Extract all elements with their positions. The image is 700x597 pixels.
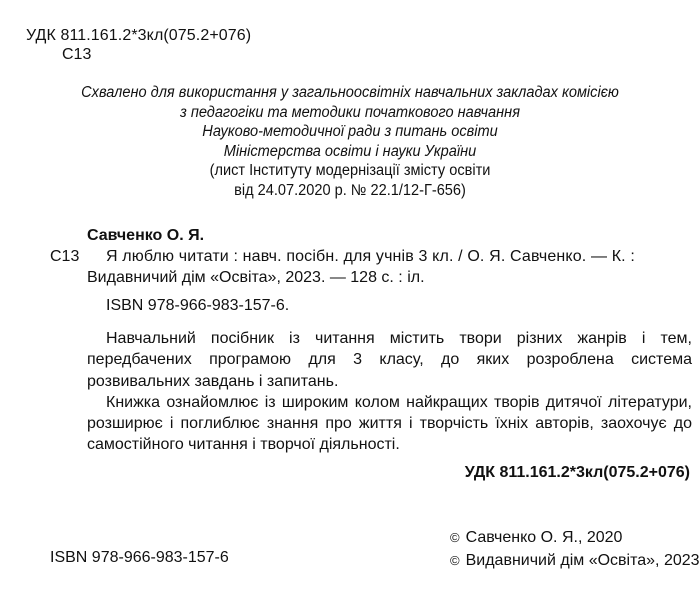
copyright-publisher: ©Видавничий дім «Освіта», 2023 (450, 552, 700, 570)
annotation: Навчальний посібник із читання містить т… (87, 328, 692, 456)
approval-line: Міністерства освіти і науки України (21, 142, 679, 162)
catalog-isbn: ISBN 978-966-983-157-6. (106, 297, 289, 315)
annotation-paragraph: Книжка ознайомлює із широким колом найкр… (87, 392, 692, 456)
catalog-description-line: Я люблю читати : навч. посібн. для учнів… (106, 248, 635, 266)
catalog-author: Савченко О. Я. (87, 227, 204, 245)
catalog-description-line: Видавничий дім «Освіта», 2023. — 128 с. … (87, 269, 425, 287)
copyright-icon: © (450, 553, 460, 568)
footer-isbn: ISBN 978-966-983-157-6 (50, 549, 229, 567)
annotation-paragraph: Навчальний посібник із читання містить т… (87, 328, 692, 392)
author-mark-top: С13 (62, 46, 91, 64)
udk-code-top: УДК 811.161.2*3кл(075.2+076) (26, 27, 251, 45)
approval-line: Схвалено для використання у загальноосві… (21, 83, 679, 103)
approval-line: з педагогіки та методики початкового нав… (21, 103, 679, 123)
approval-statement: Схвалено для використання у загальноосві… (0, 83, 700, 200)
catalog-author-mark: С13 (50, 248, 79, 266)
copyright-text: Видавничий дім «Освіта», 2023 (466, 552, 700, 569)
copyright-text: Савченко О. Я., 2020 (466, 529, 623, 546)
udk-code-bottom: УДК 811.161.2*3кл(075.2+076) (465, 464, 690, 482)
approval-line: Науково-методичної ради з питань освіти (21, 122, 679, 142)
copyright-author: ©Савченко О. Я., 2020 (450, 529, 622, 547)
approval-letter-line: (лист Інституту модернізації змісту осві… (21, 161, 679, 181)
approval-letter-line: від 24.07.2020 р. № 22.1/12-Г-656) (21, 181, 679, 201)
copyright-icon: © (450, 530, 460, 545)
